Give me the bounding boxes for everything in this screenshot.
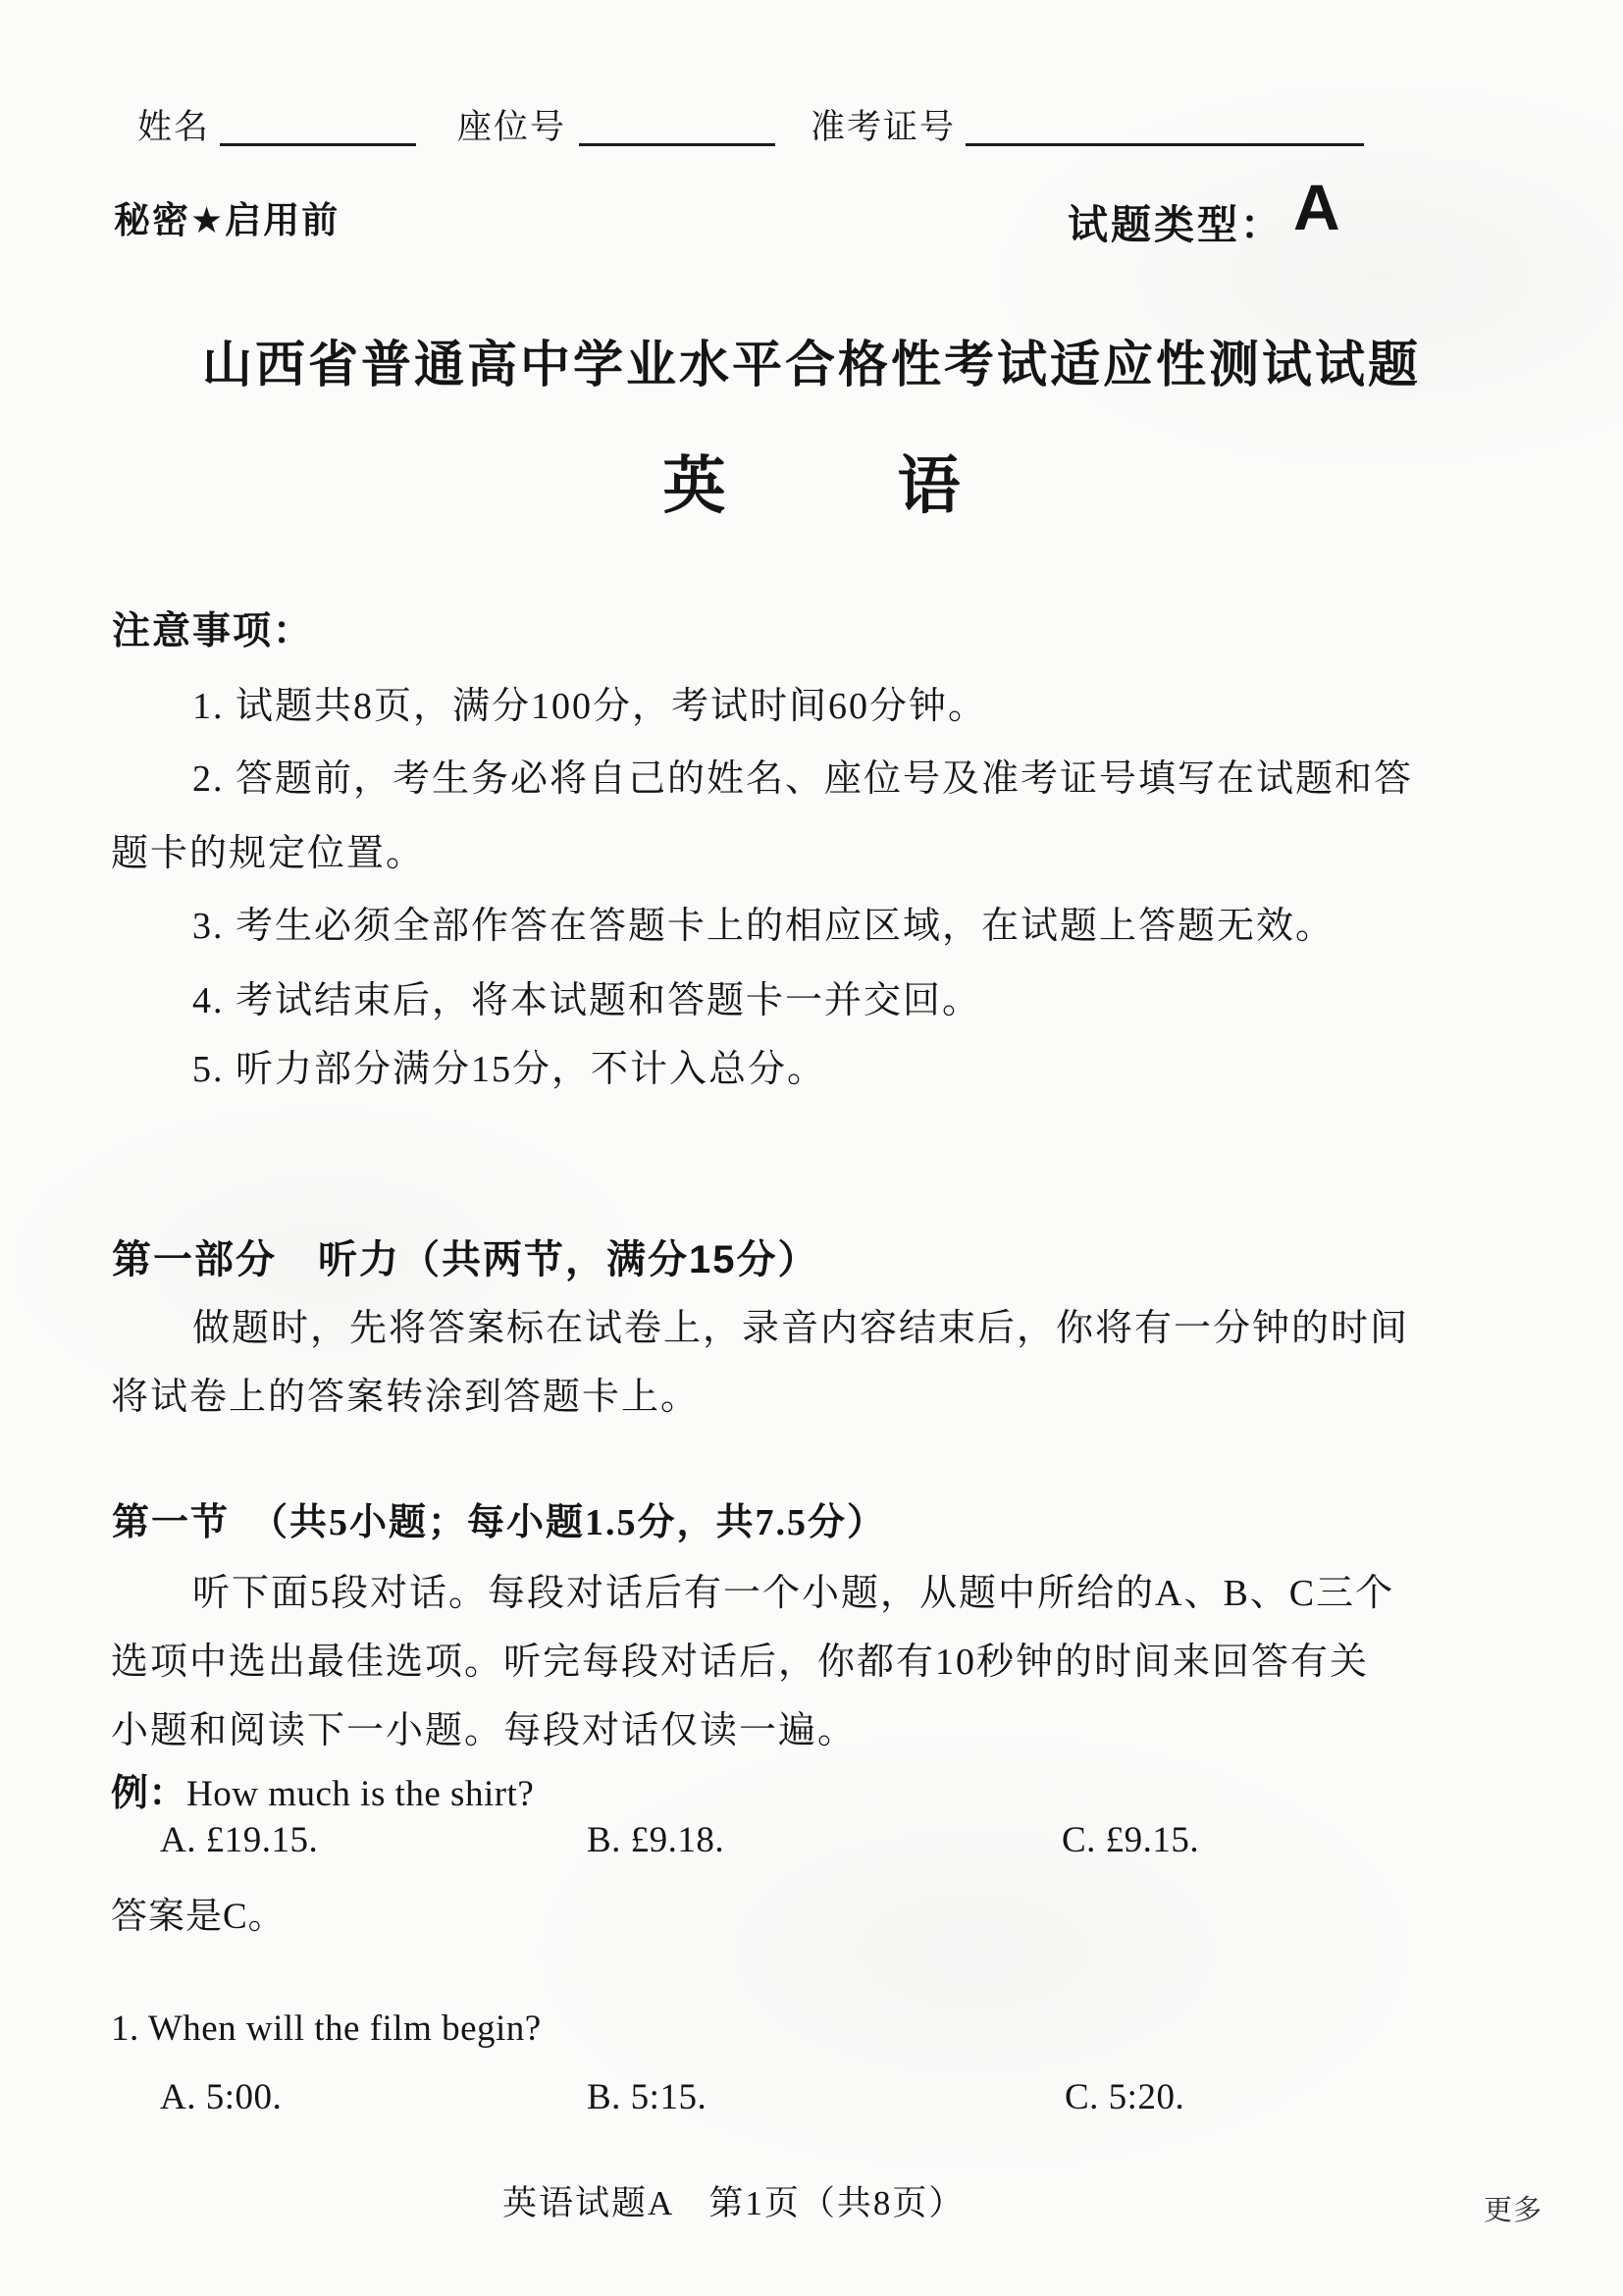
example-option-c: C. £9.15. — [1062, 1819, 1199, 1861]
footer-page-info: 英语试题A 第1页（共8页） — [502, 2176, 965, 2225]
notice-item-2-line-1: 2. 答题前，考生务必将自己的姓名、座位号及准考证号填写在试题和答 — [192, 748, 1413, 802]
section1-heading: 第一节 （共5小题；每小题1.5分，共7.5分） — [112, 1491, 886, 1545]
section1-instructions-line-1: 听下面5段对话。每段对话后有一个小题，从题中所给的A、B、C三个 — [192, 1562, 1394, 1616]
notice-item-1: 1. 试题共8页，满分100分，考试时间60分钟。 — [192, 675, 987, 729]
example-option-b: B. £9.18. — [587, 1819, 724, 1861]
question-1-option-a: A. 5:00. — [160, 2076, 282, 2118]
paper-type-value: A — [1293, 175, 1340, 239]
example-label: 例： — [111, 1773, 186, 1814]
name-field-label: 姓名 — [137, 100, 210, 149]
exam-paper-page: 姓名 座位号 准考证号 秘密★启用前 试题类型： A 山西省普通高中学业水平合格… — [0, 0, 1623, 2296]
part1-intro-line-1: 做题时，先将答案标在试卷上，录音内容结束后，你将有一分钟的时间 — [192, 1297, 1409, 1351]
admission-ticket-fill-line — [966, 143, 1364, 146]
subject-title: 英 语 — [0, 436, 1623, 526]
secrecy-notice: 秘密★启用前 — [114, 190, 340, 243]
example-answer: 答案是C。 — [111, 1886, 286, 1939]
notice-item-5: 5. 听力部分满分15分，不计入总分。 — [192, 1038, 826, 1092]
paper-type-label: 试题类型： — [1068, 192, 1283, 250]
notice-item-4: 4. 考试结束后，将本试题和答题卡一并交回。 — [192, 969, 981, 1023]
example-question-text: How much is the shirt? — [186, 1774, 534, 1814]
notice-heading: 注意事项： — [112, 600, 313, 655]
section1-instructions-line-2: 选项中选出最佳选项。听完每段对话后，你都有10秒钟的时间来回答有关 — [111, 1631, 1369, 1685]
seat-number-fill-line — [579, 143, 775, 146]
seat-number-field-label: 座位号 — [457, 100, 566, 149]
example-option-a: A. £19.15. — [160, 1819, 318, 1861]
question-1-option-c: C. 5:20. — [1065, 2076, 1184, 2118]
example-question: 例：How much is the shirt? — [111, 1762, 534, 1816]
part1-intro-line-2: 将试卷上的答案转涂到答题卡上。 — [111, 1366, 700, 1420]
more-watermark: 更多 — [1484, 2188, 1543, 2228]
notice-item-2-line-2: 题卡的规定位置。 — [111, 822, 425, 876]
question-1-text: 1. When will the film begin? — [111, 2008, 542, 2050]
part1-heading: 第一部分 听力（共两节，满分15分） — [112, 1228, 819, 1284]
admission-ticket-field-label: 准考证号 — [811, 100, 956, 149]
question-1-option-b: B. 5:15. — [587, 2076, 707, 2118]
subject-char-2: 语 — [898, 436, 961, 526]
subject-char-1: 英 — [663, 436, 726, 526]
notice-item-3: 3. 考生必须全部作答在答题卡上的相应区域，在试题上答题无效。 — [192, 895, 1335, 949]
name-fill-line — [220, 143, 416, 146]
section1-instructions-line-3: 小题和阅读下一小题。每段对话仅读一遍。 — [111, 1699, 857, 1753]
page-title: 山西省普通高中学业水平合格性考试适应性测试试题 — [0, 324, 1623, 396]
